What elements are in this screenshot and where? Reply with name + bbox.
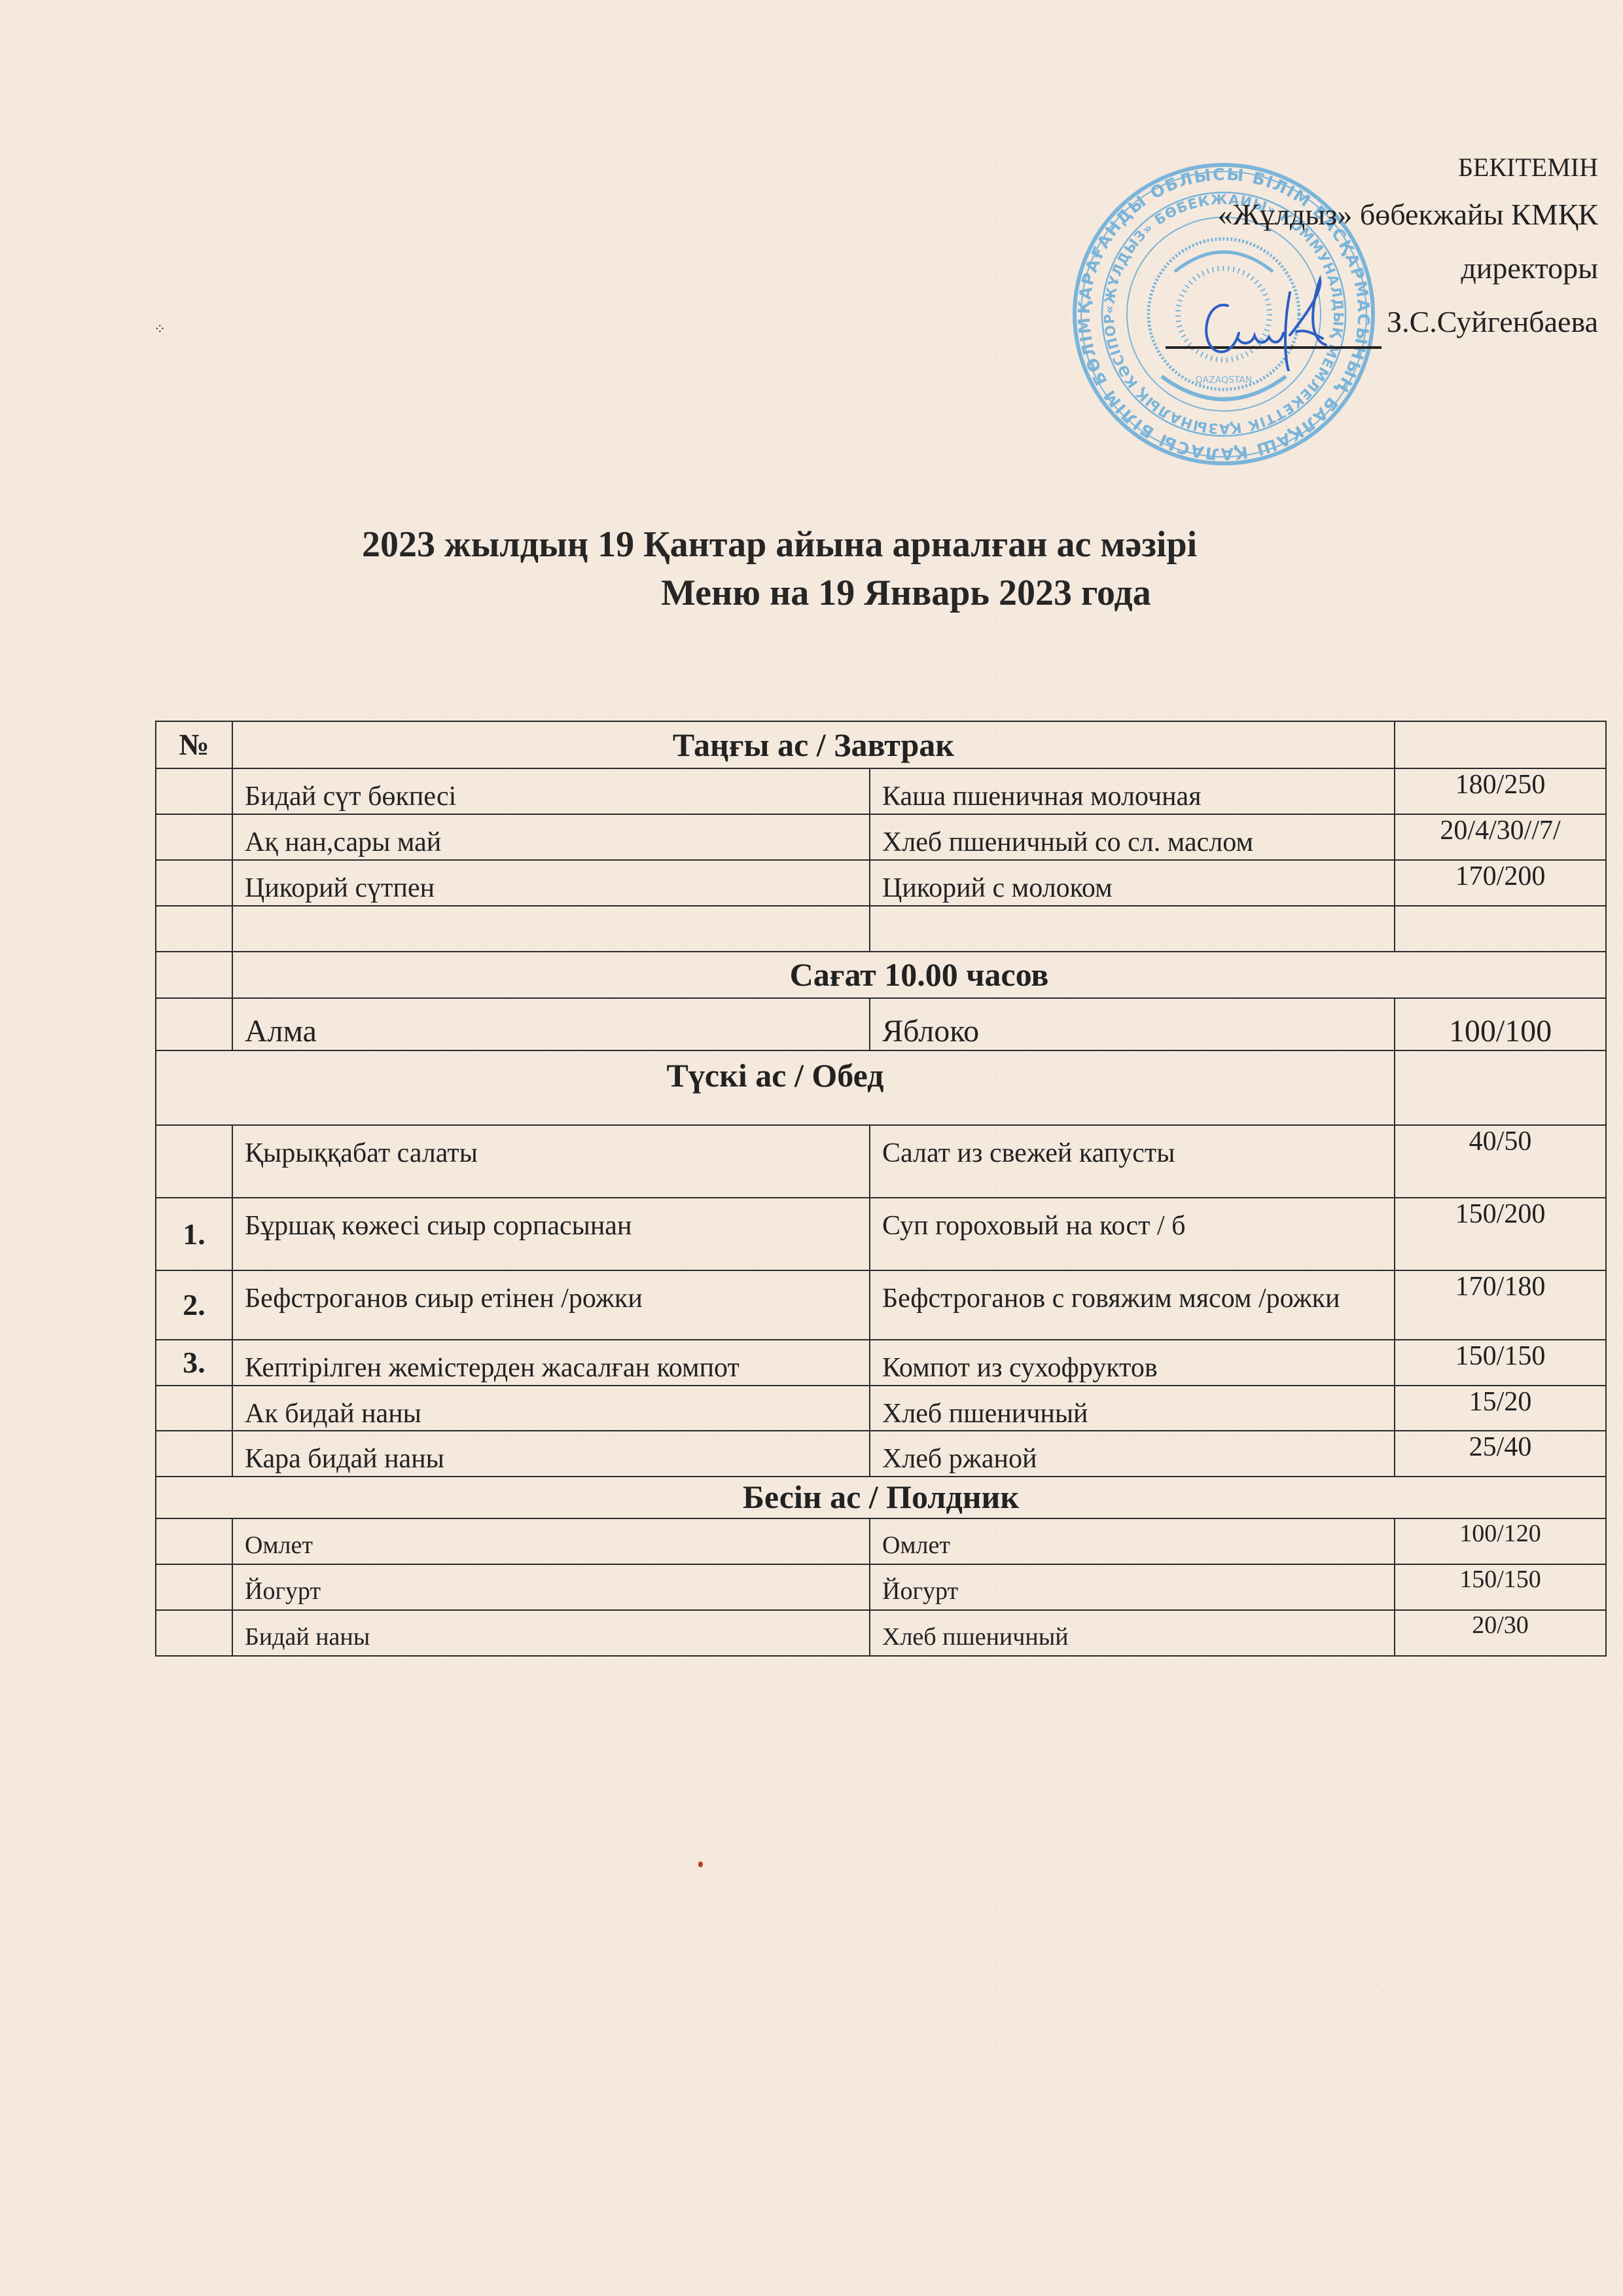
table-row: 2.Бефстроганов сиыр етінен /рожкиБефстро… <box>156 1270 1606 1340</box>
dish-name-kk: Ақ нан,сары май <box>232 814 870 860</box>
dish-name-ru: Бефстроганов с говяжим мясом /рожки <box>870 1270 1395 1340</box>
dish-name-ru: Хлеб пшеничный <box>870 1610 1395 1656</box>
snack-rows: АлмаЯблоко100/100 <box>156 998 1606 1051</box>
row-number <box>156 998 232 1051</box>
dish-name-ru: Омлет <box>870 1518 1395 1564</box>
dish-name-kk: Бидай наны <box>232 1610 870 1656</box>
section-snack: Сағат 10.00 часов <box>232 952 1606 998</box>
table-row: Кара бидай наныХлеб ржаной25/40 <box>156 1431 1606 1477</box>
row-number <box>156 1386 232 1431</box>
portion-size: 170/180 <box>1395 1270 1606 1340</box>
afternoon-rows: ОмлетОмлет100/120ЙогуртЙогурт150/150Бида… <box>156 1518 1606 1656</box>
row-number <box>156 1518 232 1564</box>
lunch-rows: Қырыққабат салатыСалат из свежей капусты… <box>156 1125 1606 1477</box>
portion-size: 170/200 <box>1395 860 1606 906</box>
portion-size: 100/120 <box>1395 1518 1606 1564</box>
number-header: № <box>156 721 232 768</box>
scan-mark <box>698 1861 703 1867</box>
dish-name-kk: Кептірілген жемістерден жасалған компот <box>232 1340 870 1386</box>
row-number <box>156 906 232 952</box>
table-row: 1.Бұршақ көжесі сиыр сорпасынанСуп горох… <box>156 1198 1606 1270</box>
table-row <box>156 906 1606 952</box>
section-afternoon: Бесін ас / Полдник <box>156 1477 1606 1518</box>
portion-size: 20/4/30//7/ <box>1395 814 1606 860</box>
dish-name-kk: Ак бидай наны <box>232 1386 870 1431</box>
dish-name-kk: Бұршақ көжесі сиыр сорпасынан <box>232 1198 870 1270</box>
row-number: 2. <box>156 1270 232 1340</box>
breakfast-rows: Бидай сүт бөкпесіКаша пшеничная молочная… <box>156 768 1606 952</box>
dish-name-ru: Хлеб пшеничный со сл. маслом <box>870 814 1395 860</box>
table-row: Қырыққабат салатыСалат из свежей капусты… <box>156 1125 1606 1198</box>
row-number: 1. <box>156 1198 232 1270</box>
dish-name-ru: Салат из свежей капусты <box>870 1125 1395 1198</box>
table-row: Ак бидай наныХлеб пшеничный15/20 <box>156 1386 1606 1431</box>
dish-name-kk: Бидай сүт бөкпесі <box>232 768 870 814</box>
dish-name-kk: Қырыққабат салаты <box>232 1125 870 1198</box>
table-row: АлмаЯблоко100/100 <box>156 998 1606 1051</box>
signature-icon <box>1192 273 1368 371</box>
portion-size: 180/250 <box>1395 768 1606 814</box>
dish-name-ru: Яблоко <box>870 998 1395 1051</box>
portion-size: 150/150 <box>1395 1564 1606 1610</box>
lunch-header-row: Түскі ас / Обед <box>156 1050 1606 1125</box>
menu-table: № Таңғы ас / Завтрак Бидай сүт бөкпесіКа… <box>155 721 1607 1657</box>
dish-name-kk: Алма <box>232 998 870 1051</box>
signatory-name: З.С.Суйгенбаева <box>1387 295 1598 349</box>
dish-name-ru: Хлеб ржаной <box>870 1431 1395 1477</box>
dish-name-ru: Каша пшеничная молочная <box>870 768 1395 814</box>
approval-block: БЕКІТЕМІН «Жұлдыз» бөбекжайы КМҚК директ… <box>1166 147 1598 349</box>
portion-size: 150/150 <box>1395 1340 1606 1386</box>
portion-size <box>1395 906 1606 952</box>
dish-name-ru: Суп гороховый на кост / б <box>870 1198 1395 1270</box>
portion-size: 25/40 <box>1395 1431 1606 1477</box>
portion-size: 15/20 <box>1395 1386 1606 1431</box>
dish-name-ru: Йогурт <box>870 1564 1395 1610</box>
signature-line <box>1166 307 1382 349</box>
dish-name-ru: Компот из сухофруктов <box>870 1340 1395 1386</box>
scan-speck: ⁘ <box>154 321 166 338</box>
dish-name-kk: Цикорий сүтпен <box>232 860 870 906</box>
row-number: 3. <box>156 1340 232 1386</box>
snack-header-row: Сағат 10.00 часов <box>156 952 1606 998</box>
row-number <box>156 1564 232 1610</box>
afternoon-header-row: Бесін ас / Полдник <box>156 1477 1606 1518</box>
dish-name-ru: Хлеб пшеничный <box>870 1386 1395 1431</box>
dish-name-ru: Цикорий с молоком <box>870 860 1395 906</box>
table-row: Бидай сүт бөкпесіКаша пшеничная молочная… <box>156 768 1606 814</box>
dish-name-ru <box>870 906 1395 952</box>
portion-size: 100/100 <box>1395 998 1606 1051</box>
page-title-ru: Меню на 19 Январь 2023 года <box>661 572 1151 614</box>
table-row: ОмлетОмлет100/120 <box>156 1518 1606 1564</box>
row-number <box>156 814 232 860</box>
section-breakfast: Таңғы ас / Завтрак <box>232 721 1395 768</box>
table-row: Ақ нан,сары майХлеб пшеничный со сл. мас… <box>156 814 1606 860</box>
row-number <box>156 860 232 906</box>
dish-name-kk: Кара бидай наны <box>232 1431 870 1477</box>
row-number <box>156 768 232 814</box>
portion-size: 150/200 <box>1395 1198 1606 1270</box>
table-row: 3.Кептірілген жемістерден жасалған компо… <box>156 1340 1606 1386</box>
page-title-kk: 2023 жылдың 19 Қантар айына арналған ас … <box>362 524 1197 565</box>
dish-name-kk: Йогурт <box>232 1564 870 1610</box>
dish-name-kk <box>232 906 870 952</box>
table-row: Цикорий сүтпенЦикорий с молоком170/200 <box>156 860 1606 906</box>
breakfast-header-row: № Таңғы ас / Завтрак <box>156 721 1606 768</box>
row-number <box>156 1125 232 1198</box>
portion-size: 40/50 <box>1395 1125 1606 1198</box>
stamp-center-text: QAZAQSTAN <box>1196 375 1253 386</box>
portion-size: 20/30 <box>1395 1610 1606 1656</box>
approved-label: БЕКІТЕМІН <box>1166 147 1598 188</box>
dish-name-kk: Омлет <box>232 1518 870 1564</box>
row-number <box>156 1431 232 1477</box>
table-row: Бидай наныХлеб пшеничный20/30 <box>156 1610 1606 1656</box>
dish-name-kk: Бефстроганов сиыр етінен /рожки <box>232 1270 870 1340</box>
section-lunch: Түскі ас / Обед <box>156 1050 1395 1125</box>
row-number <box>156 1610 232 1656</box>
table-row: ЙогуртЙогурт150/150 <box>156 1564 1606 1610</box>
organization-name: «Жұлдыз» бөбекжайы КМҚК <box>1166 188 1598 242</box>
